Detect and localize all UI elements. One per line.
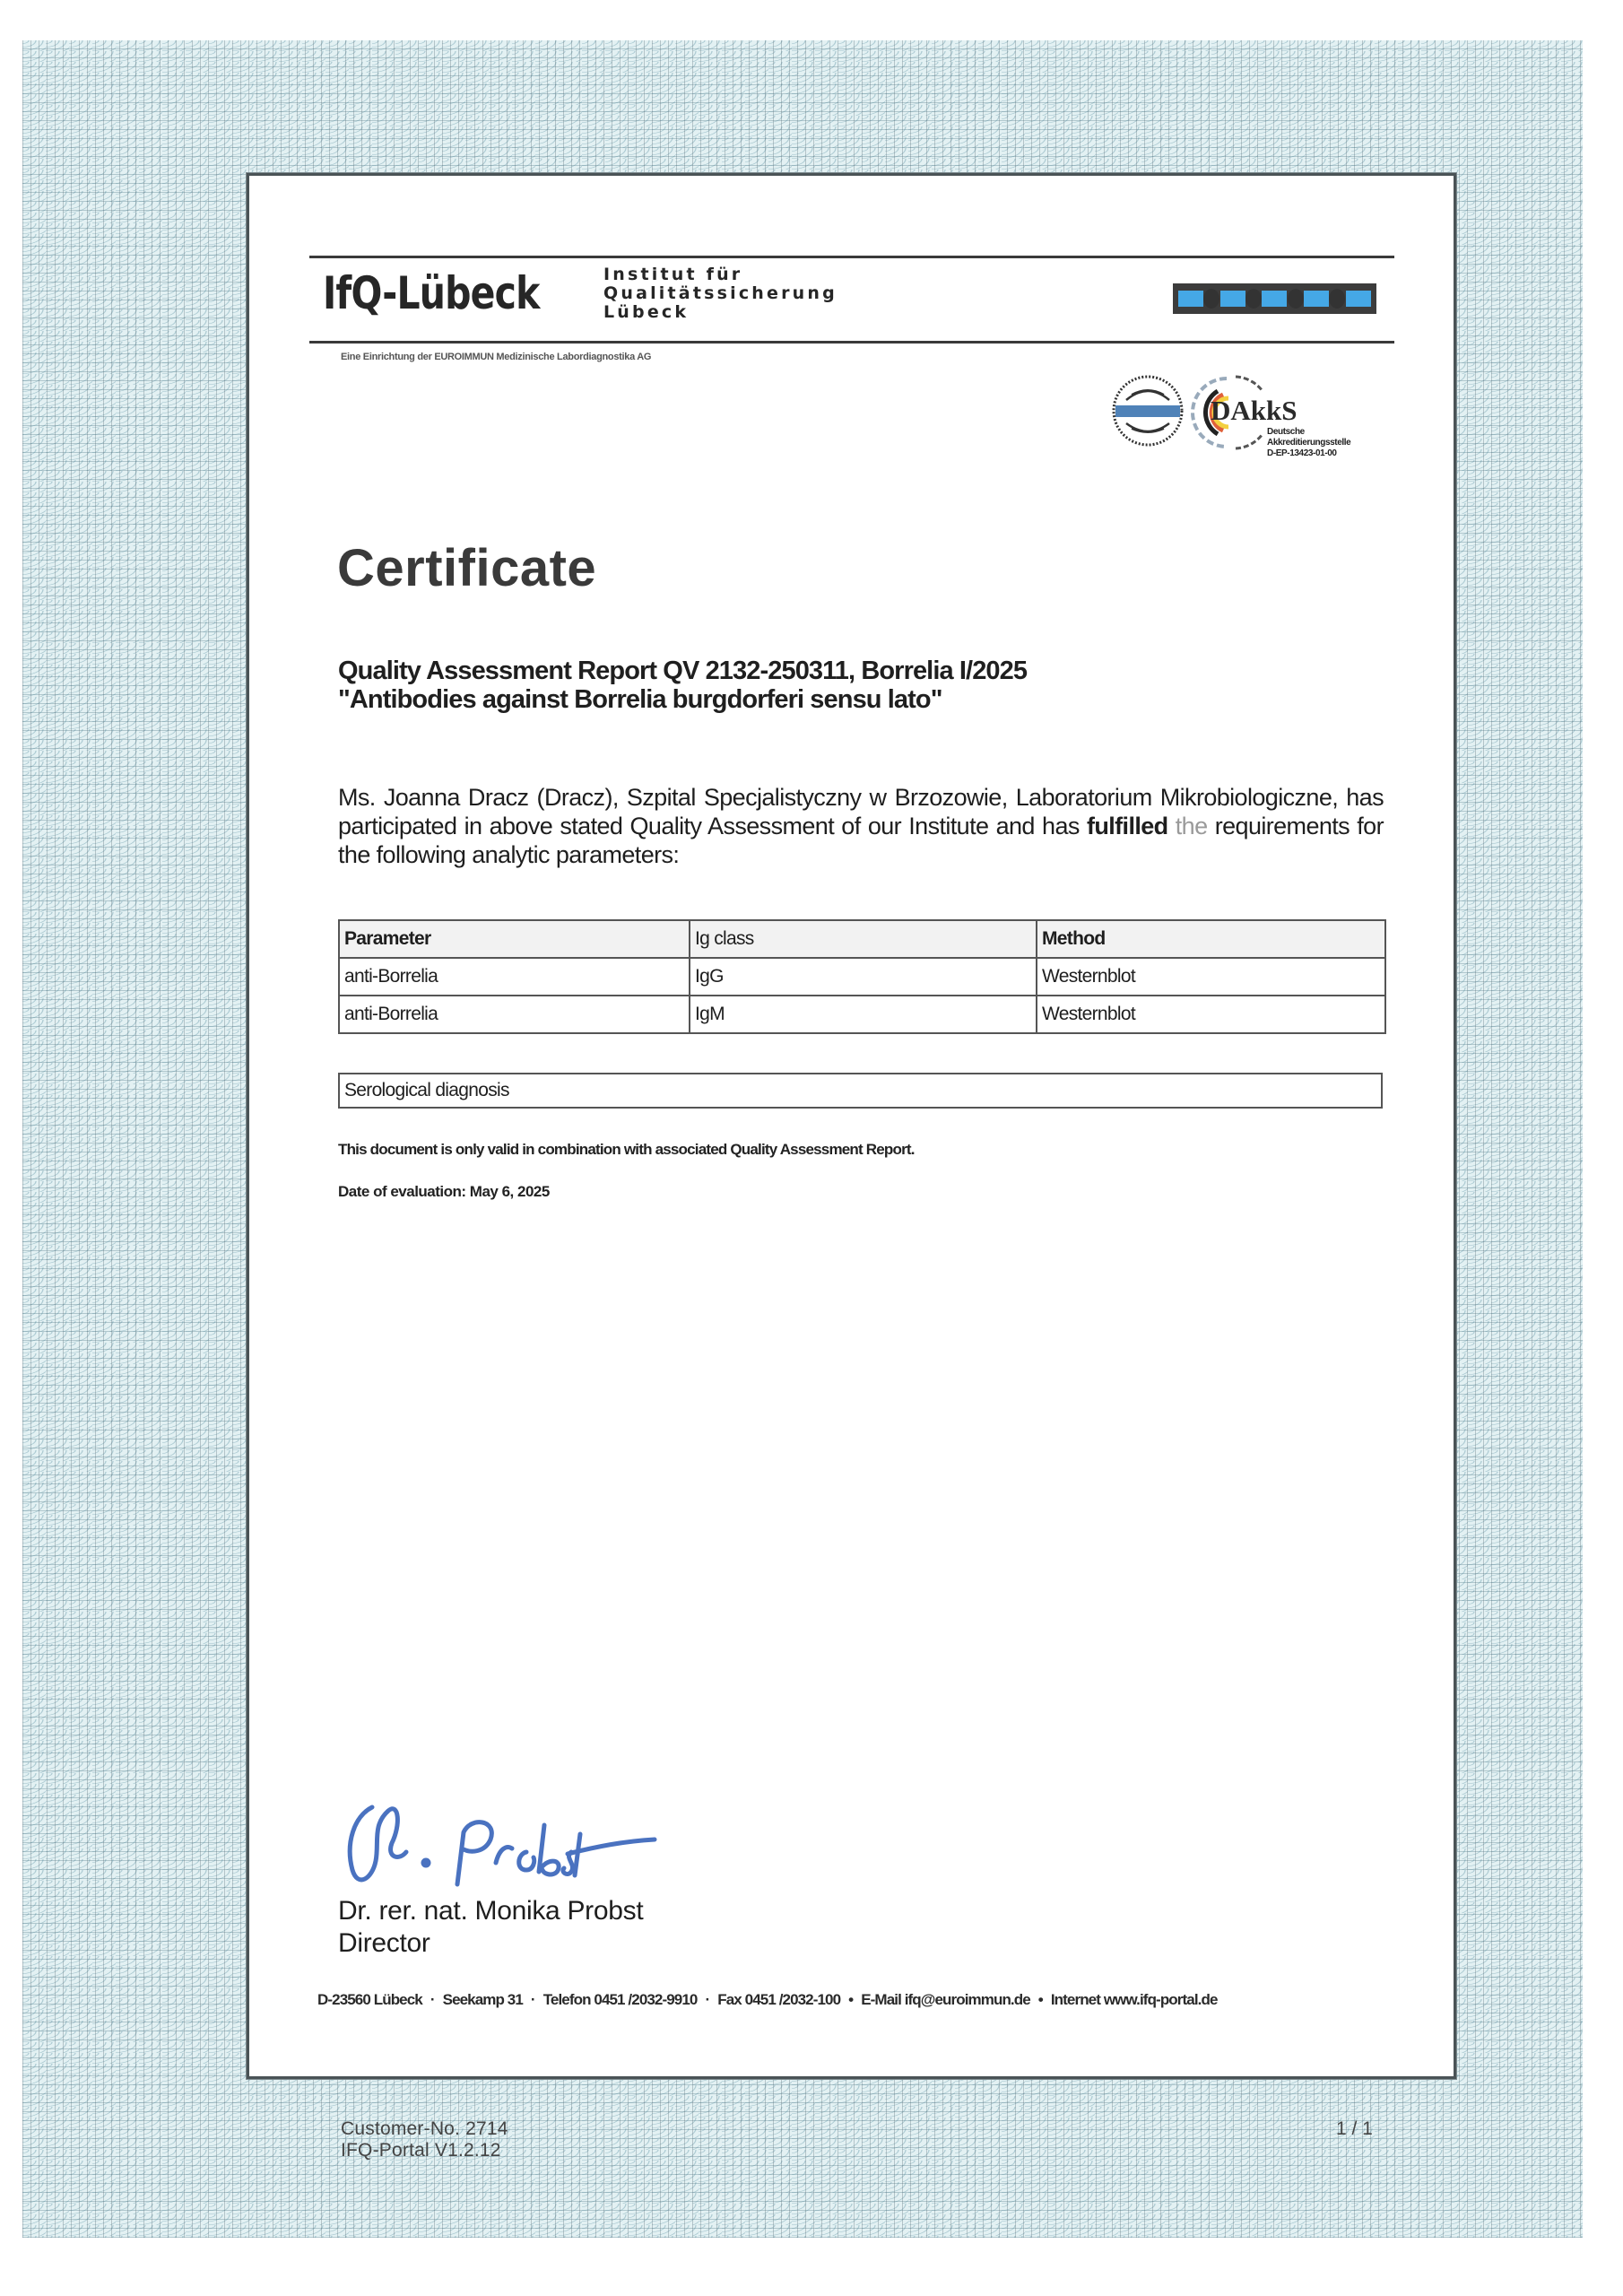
footer-separator: · <box>705 1991 709 2008</box>
dakks-wordmark: DAkkS <box>1211 395 1298 427</box>
table-row: anti-Borrelia IgM Westernblot <box>339 996 1385 1033</box>
footer-email: E-Mail ifq@euroimmun.de <box>861 1991 1030 2008</box>
cell-method: Westernblot <box>1037 958 1385 996</box>
header-top-rule <box>309 256 1394 258</box>
dakks-subtitle: Deutsche Akkreditierungsstelle D-EP-1342… <box>1267 427 1350 459</box>
cell-method: Westernblot <box>1037 996 1385 1033</box>
parameters-table: Parameter Ig class Method anti-Borrelia … <box>338 919 1386 1034</box>
diagnosis-label: Serological diagnosis <box>344 1080 509 1101</box>
cell-ig-class: IgG <box>690 958 1037 996</box>
report-id-line: Quality Assessment Report QV 2132-250311… <box>338 657 1396 685</box>
footer-phone: Telefon 0451 /2032-9910 <box>543 1991 698 2008</box>
footer-separator: • <box>848 1991 853 2008</box>
participant-statement: Ms. Joanna Dracz (Dracz), Szpital Specja… <box>338 783 1384 869</box>
ilac-mra-seal-icon <box>1110 373 1185 448</box>
cell-ig-class: IgM <box>690 996 1037 1033</box>
header-bottom-rule <box>309 341 1394 344</box>
portal-version: IFQ-Portal V1.2.12 <box>341 2140 508 2161</box>
dakks-line-2: Akkreditierungsstelle <box>1267 438 1350 448</box>
serological-diagnosis-box: Serological diagnosis <box>338 1073 1383 1109</box>
footer-separator: · <box>430 1991 435 2008</box>
signatory-name: Dr. rer. nat. Monika Probst <box>338 1895 643 1927</box>
evaluation-date: Date of evaluation: May 6, 2025 <box>338 1183 550 1201</box>
dakks-accreditation-number: D-EP-13423-01-00 <box>1267 448 1350 459</box>
report-subject-line: "Antibodies against Borrelia burgdorferi… <box>338 685 1396 714</box>
page-number: 1 / 1 <box>1336 2118 1373 2140</box>
table-row: anti-Borrelia IgG Westernblot <box>339 958 1385 996</box>
footer-website: Internet www.ifq-portal.de <box>1051 1991 1218 2008</box>
header-ig-class: Ig class <box>690 920 1037 958</box>
institute-line-3: Lübeck <box>603 303 838 322</box>
header-tagline: Eine Einrichtung der EUROIMMUN Medizinis… <box>341 352 651 362</box>
footer-city: D-23560 Lübeck <box>317 1991 422 2008</box>
institute-line-2: Qualitätssicherung <box>603 284 838 303</box>
footer-contact-line: D-23560 Lübeck·Seekamp 31·Telefon 0451 /… <box>317 1991 1429 2009</box>
header-method: Method <box>1037 920 1385 958</box>
signatory-role: Director <box>338 1927 643 1960</box>
footer-separator: · <box>531 1991 535 2008</box>
fulfilled-word: fulfilled <box>1087 813 1168 839</box>
report-title: Quality Assessment Report QV 2132-250311… <box>338 657 1396 714</box>
footer-separator: • <box>1038 1991 1043 2008</box>
institute-line-1: Institut für <box>603 265 838 284</box>
signatory-block: Dr. rer. nat. Monika Probst Director <box>338 1895 643 1960</box>
footer-street: Seekamp 31 <box>443 1991 523 2008</box>
customer-number: Customer-No. 2714 <box>341 2118 508 2140</box>
institute-name: Institut für Qualitätssicherung Lübeck <box>603 265 838 322</box>
certificate-title: Certificate <box>337 538 596 598</box>
dakks-line-1: Deutsche <box>1267 427 1350 438</box>
cell-parameter: anti-Borrelia <box>339 958 690 996</box>
cell-parameter: anti-Borrelia <box>339 996 690 1033</box>
brand-logo-text: IfQ-Lübeck <box>323 267 540 319</box>
validity-note: This document is only valid in combinati… <box>338 1141 915 1159</box>
the-word: the <box>1176 813 1208 839</box>
euroimmun-bar-logo-icon <box>1173 283 1376 314</box>
handwritten-signature-icon <box>336 1789 659 1897</box>
table-header-row: Parameter Ig class Method <box>339 920 1385 958</box>
footer-fax: Fax 0451 /2032-100 <box>717 1991 840 2008</box>
customer-info: Customer-No. 2714 IFQ-Portal V1.2.12 <box>341 2118 508 2161</box>
header-parameter: Parameter <box>339 920 690 958</box>
